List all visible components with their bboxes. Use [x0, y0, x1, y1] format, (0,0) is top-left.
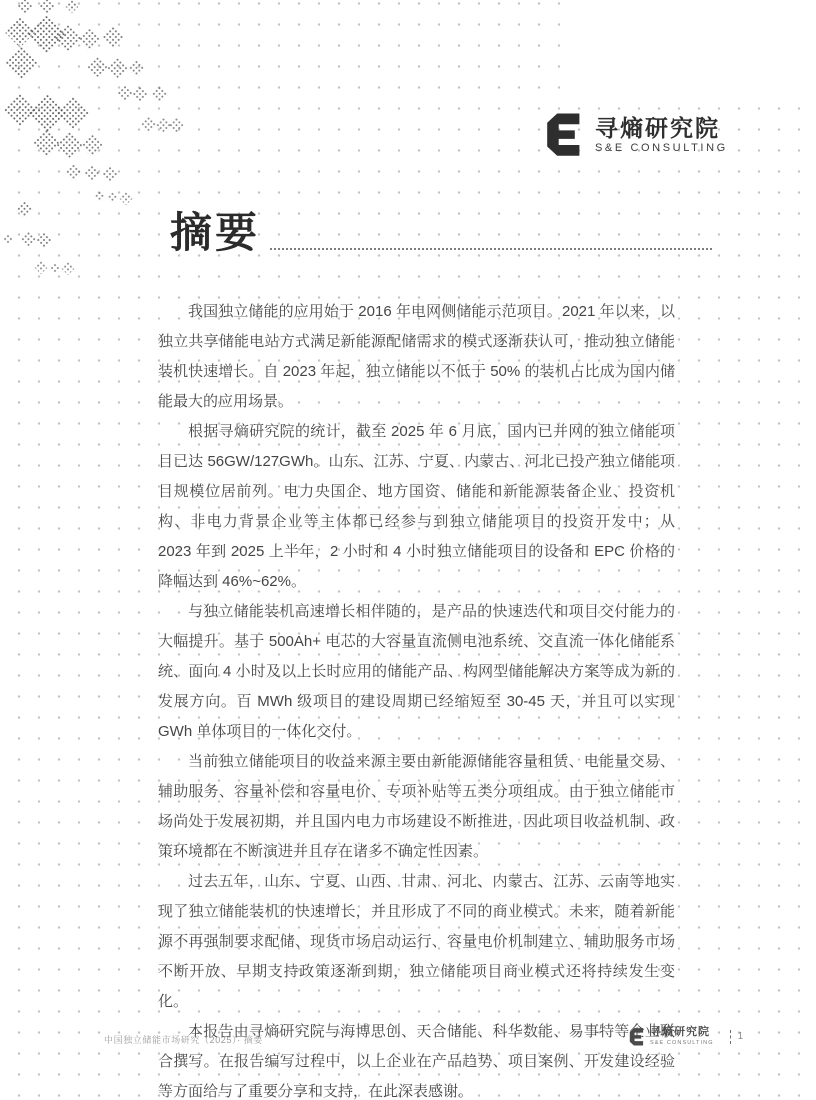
logo-name-cn: 寻熵研究院 [595, 115, 728, 141]
footer-report-title: 中国独立储能市场研究（2025）· 摘要 [104, 1033, 263, 1046]
footer-logo-en: S&E CONSULTING [650, 1039, 714, 1047]
paragraph: 过去五年，山东、宁夏、山西、甘肃、河北、内蒙古、江苏、云南等地实现了独立储能装机… [158, 867, 675, 1017]
section-title-row: 摘要 [170, 210, 712, 256]
document-page: 寻熵研究院 S&E CONSULTING 摘要 我国独立储能的应用始于 2016… [0, 0, 816, 1100]
paragraph: 根据寻熵研究院的统计，截至 2025 年 6 月底，国内已并网的独立储能项目已达… [158, 417, 675, 597]
paragraph: 我国独立储能的应用始于 2016 年电网侧储能示范项目。2021 年以来，以独立… [158, 297, 675, 417]
top-right-white-area [562, 0, 816, 104]
abstract-body: 我国独立储能的应用始于 2016 年电网侧储能示范项目。2021 年以来，以独立… [158, 297, 675, 1100]
footer-logo-names: 寻熵研究院 S&E CONSULTING [650, 1026, 714, 1047]
paragraph: 本报告由寻熵研究院与海博思创、天合储能、科华数能、易事特等企业联合撰写。在报告编… [158, 1017, 675, 1100]
paragraph: 当前独立储能项目的收益来源主要由新能源储能容量租赁、电能量交易、辅助服务、容量补… [158, 747, 675, 867]
title-dotted-leader [270, 248, 712, 250]
paragraph: 与独立储能装机高速增长相伴随的，是产品的快速迭代和项目交付能力的大幅提升。基于 … [158, 597, 675, 747]
sne-logo-icon-small [626, 1027, 645, 1047]
page-title: 摘要 [170, 210, 260, 256]
page-number: 1 [738, 1031, 744, 1042]
header-logo-names: 寻熵研究院 S&E CONSULTING [595, 115, 728, 155]
header-logo: 寻熵研究院 S&E CONSULTING [538, 110, 728, 160]
footer-page-divider [730, 1030, 731, 1044]
footer-logo-cn: 寻熵研究院 [650, 1026, 714, 1039]
logo-name-en: S&E CONSULTING [595, 141, 728, 155]
sne-logo-icon [538, 110, 584, 160]
footer-logo: 寻熵研究院 S&E CONSULTING 1 [626, 1026, 743, 1047]
